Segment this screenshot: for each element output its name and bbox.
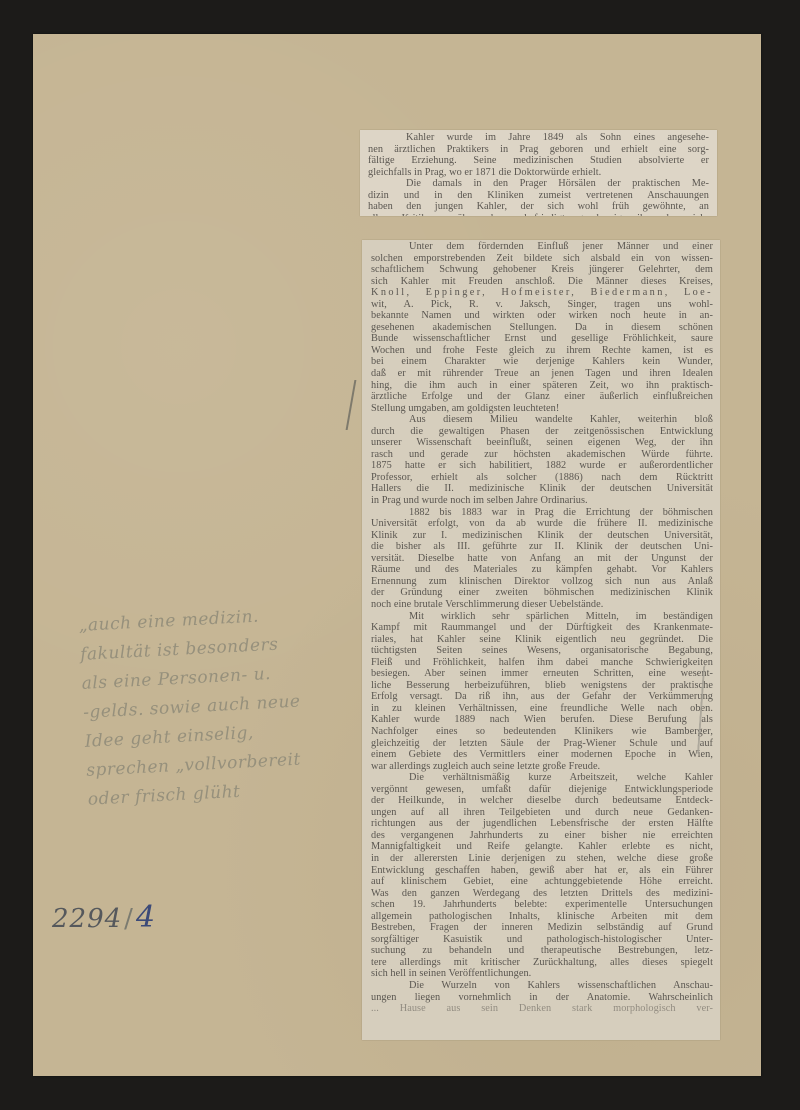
text-line: 1882 bis 1883 war in Prag die Errichtung… — [371, 507, 713, 519]
text-line: solchen emporstrebenden Zeit bildete sic… — [371, 253, 713, 265]
text-line: des vergangenen Jahrhunderts zu einer bi… — [371, 830, 713, 842]
text-line: allgemein pathologischen Inhalts, klinis… — [371, 911, 713, 923]
text-line: Die Wurzeln von Kahlers wissenschaftlich… — [371, 980, 713, 992]
text-line: in zu kleinen Verhältnissen, eine freund… — [371, 703, 713, 715]
text-line: Was den ganzen Werdegang des letzten Dri… — [371, 888, 713, 900]
text-line: Knoll, Eppinger, Hofmeister, Biedermann,… — [371, 287, 713, 299]
text-line: wit, A. Pick, R. v. Jaksch, Singer, trag… — [371, 299, 713, 311]
text-line: Mannigfaltigkeit und Reife gelangte. Kah… — [371, 841, 713, 853]
text-line: Die damals in den Prager Hörsälen der pr… — [368, 178, 709, 190]
text-line: gleichfalls in Prag, wo er 1871 die Dokt… — [368, 167, 709, 179]
text-line: liche Besserung herbeizuführen, blieb we… — [371, 680, 713, 692]
archive-number-separator: / — [124, 904, 134, 934]
text-line: Kampf mit Raummangel und der Dürftigkeit… — [371, 622, 713, 634]
text-line: einem Gebiete des Vermittlers einer mode… — [371, 749, 713, 761]
text-line: tüchtigsten Seiten seines Wesens, organi… — [371, 645, 713, 657]
text-line: bei einem Charakter wie derjenige Kahler… — [371, 356, 713, 368]
text-line: Die verhältnismäßig kurze Arbeitszeit, w… — [371, 772, 713, 784]
text-line: auf klinischem Gebiet, eine achtunggebie… — [371, 876, 713, 888]
text-line: allem Kritik zu üben, kaum befriedigt, g… — [368, 213, 709, 216]
archive-number-main: 2294 — [52, 904, 122, 934]
text-line: Hallers die II. medizinische Klinik der … — [371, 483, 713, 495]
text-line: Kahler wurde im Jahre 1849 als Sohn eine… — [368, 132, 709, 144]
text-line: dizin und in den Kliniken zumeist vertre… — [368, 190, 709, 202]
text-line: tere allerdings mit kritischer Zurückhal… — [371, 957, 713, 969]
text-line: Nachfolger eines so bedeutenden Kliniker… — [371, 726, 713, 738]
text-line: Entwicklung geschaffen haben, gewiß aber… — [371, 865, 713, 877]
text-line: rasch und gerade zur höchsten akademisch… — [371, 449, 713, 461]
text-line: Klinik zur I. medizinischen Klinik der d… — [371, 530, 713, 542]
text-line: fältige Erziehung. Seine medizinischen S… — [368, 155, 709, 167]
text-line: suchung zu behandeln und therapeutische … — [371, 945, 713, 957]
text-line: durch die gewaltigen Phasen der zeitgenö… — [371, 426, 713, 438]
text-line: in Prag und wurde noch im selben Jahre O… — [371, 495, 713, 507]
text-line: nen ärztlichen Praktikers in Prag gebore… — [368, 144, 709, 156]
text-line: gleichzeitig der letzten Säule der Prag-… — [371, 738, 713, 750]
text-line: ärztliche Erfolge und der Glanz einer äu… — [371, 391, 713, 403]
text-line: Aus diesem Milieu wandelte Kahler, weite… — [371, 414, 713, 426]
text-line: daß er mit rührender Treue an jenen Tage… — [371, 368, 713, 380]
text-line: ungen auf all ihren Teilgebieten und dur… — [371, 807, 713, 819]
text-line: Kahler wurde 1889 nach Wien berufen. Die… — [371, 714, 713, 726]
text-line: der Heilkunde, in welcher dieselbe durch… — [371, 795, 713, 807]
text-line: Universität erfolgt, von da ab wurde die… — [371, 518, 713, 530]
text-line: Professor, erhielt als solcher (1886) na… — [371, 472, 713, 484]
text-line: Wochen und frohe Feste gleich zu ihrem R… — [371, 345, 713, 357]
newspaper-clipping-top: Kahler wurde im Jahre 1849 als Sohn eine… — [360, 130, 717, 216]
text-line: Unter dem fördernden Einfluß jener Männe… — [371, 241, 713, 253]
text-line: schen 19. Jahrhunderts belebte: experime… — [371, 899, 713, 911]
text-line: Ernennung zum klinischen Direktor vollzo… — [371, 576, 713, 588]
text-line: unserer Wissenschaft beeinflußt, seinen … — [371, 437, 713, 449]
text-line: bekannte Namen und wirkten oder wirken n… — [371, 310, 713, 322]
text-line: schaftlichem Schwung gehobener Kreis jün… — [371, 264, 713, 276]
text-line: hing, die ihm auch in einer späteren Zei… — [371, 380, 713, 392]
text-line: sorgfältiger Kasuistik und pathologisch-… — [371, 934, 713, 946]
text-line: ungen liegen vornehmlich in der Anatomie… — [371, 992, 713, 1004]
text-line: ... Hause aus sein Denken stark morpholo… — [371, 1003, 713, 1015]
text-line: versität. Dieselbe hatte von Anfang an m… — [371, 553, 713, 565]
text-line: besiegen. Aber seinen immer erneuten Sch… — [371, 668, 713, 680]
text-line: riales, hat Kahler seine Klinik eigentli… — [371, 634, 713, 646]
text-line: Bunde wissenschaftlicher Ernst und gesel… — [371, 333, 713, 345]
text-line: Fleiß und Fröhlichkeit, halfen ihm dabei… — [371, 657, 713, 669]
text-line: vergönnt gewesen, umfaßt dafür diejenige… — [371, 784, 713, 796]
text-line: Räume und des Materiales zu kämpfen geha… — [371, 564, 713, 576]
text-line: 1875 hatte er sich habilitiert, 1882 wur… — [371, 460, 713, 472]
text-line: richtungen aus der jugendlichen Lebensfr… — [371, 818, 713, 830]
text-line: in der allerersten Linie derjenigen zu s… — [371, 853, 713, 865]
text-line: sich hell in seinen Veröffentlichungen. — [371, 968, 713, 980]
text-line: die bisher als III. geführte zur II. Kli… — [371, 541, 713, 553]
text-line: gesehenen akademischen Stellungen. Da in… — [371, 322, 713, 334]
text-line: sich Kahler mit Freuden anschloß. Die Mä… — [371, 276, 713, 288]
text-line: haben den jungen Kahler, der sich wohl f… — [368, 201, 709, 213]
text-line: Stellung umgaben, am goldigsten leuchtet… — [371, 403, 713, 415]
text-line: Erfolg versagt. Da riß ihn, aus der Gefa… — [371, 691, 713, 703]
archive-number-sub: 4 — [136, 900, 156, 935]
text-line: Mit wirklich sehr spärlichen Mitteln, im… — [371, 611, 713, 623]
handwritten-note: „auch eine medizin. fakultät ist besonde… — [78, 598, 358, 815]
text-line: Bestreben, Fragen der inneren Medizin se… — [371, 922, 713, 934]
text-line: war allerdings zugleich auch seine letzt… — [371, 761, 713, 773]
archive-number: 2294/4 — [52, 900, 156, 935]
newspaper-clipping-main: Unter dem fördernden Einfluß jener Männe… — [362, 240, 720, 1040]
text-line: noch eine brutale Verschlimmerung dieser… — [371, 599, 713, 611]
text-line: der Gründung einer zweiten böhmischen me… — [371, 587, 713, 599]
